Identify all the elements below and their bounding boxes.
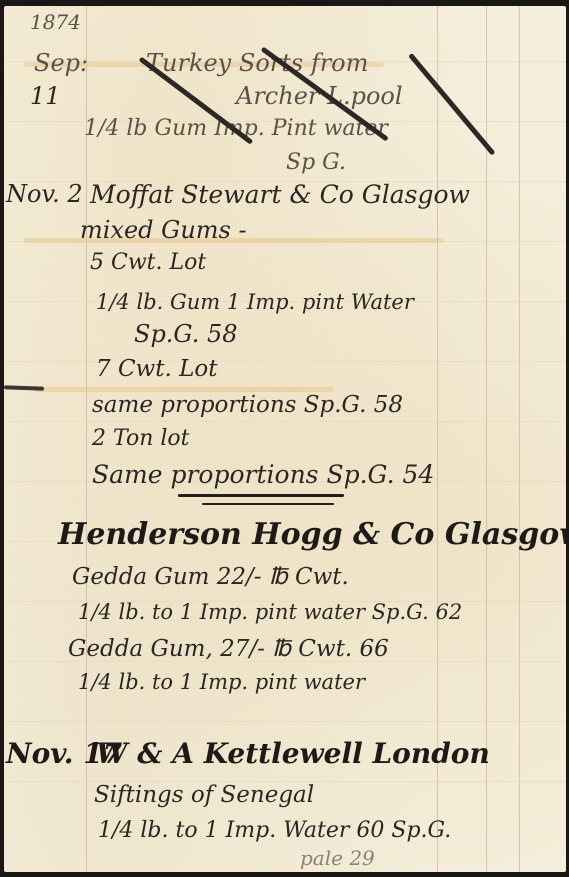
entry-2-line-7: 2 Ton lot (92, 428, 190, 450)
entry-2-line-5: 7 Cwt. Lot (96, 358, 217, 381)
entry-3-supplier: Henderson Hogg & Co Glasgow (58, 520, 566, 550)
entry-2-supplier: Moffat Stewart & Co Glasgow (90, 182, 470, 207)
entry-2-line-6: same proportions Sp.G. 58 (92, 394, 403, 417)
entry-2-line-4: Sp.G. 58 (134, 322, 238, 346)
entry-4-line-2: 1/4 lb. to 1 Imp. Water 60 Sp.G. (98, 820, 451, 842)
entry-1-date-day: 11 (30, 84, 61, 108)
entry-2-line-8: Same proportions Sp.G. 54 (92, 462, 434, 487)
strikethrough-mark (408, 53, 495, 156)
entry-2-date: Nov. 2 (6, 182, 83, 206)
entry-4-line-1: Siftings of Senegal (94, 784, 314, 807)
ruled-line (4, 421, 566, 422)
underline-mark (202, 503, 334, 505)
entry-2-line-2: 5 Cwt. Lot (90, 252, 206, 274)
photo-background: 1874 Sep: 11 Turkey Sorts from Archer L.… (0, 0, 569, 877)
ink-edge-mark (4, 385, 44, 390)
entry-3-line-3: Gedda Gum, 27/- ℔ Cwt. 66 (68, 638, 389, 661)
entry-3-line-2: 1/4 lb. to 1 Imp. pint water Sp.G. 62 (78, 602, 462, 623)
column-rule-3 (519, 6, 520, 872)
entry-1-date-month: Sep: (34, 51, 88, 75)
entry-1-line-4: Sp G. (286, 152, 346, 174)
entry-1-line-1: Turkey Sorts from (146, 51, 368, 75)
entry-3-line-1: Gedda Gum 22/- ℔ Cwt. (72, 566, 349, 589)
entry-4-supplier: W & A Kettlewell London (96, 740, 490, 768)
entry-3-line-4: 1/4 lb. to 1 Imp. pint water (78, 672, 365, 693)
entry-2-line-3: 1/4 lb. Gum 1 Imp. pint Water (96, 292, 414, 313)
ruled-line (4, 361, 566, 362)
year-label: 1874 (30, 12, 81, 32)
pencil-note: pale 29 (300, 848, 375, 868)
ruled-line (4, 721, 566, 722)
underline-mark (178, 494, 344, 497)
entry-2-line-1: mixed Gums - (80, 218, 247, 242)
ledger-page: 1874 Sep: 11 Turkey Sorts from Archer L.… (4, 6, 566, 872)
